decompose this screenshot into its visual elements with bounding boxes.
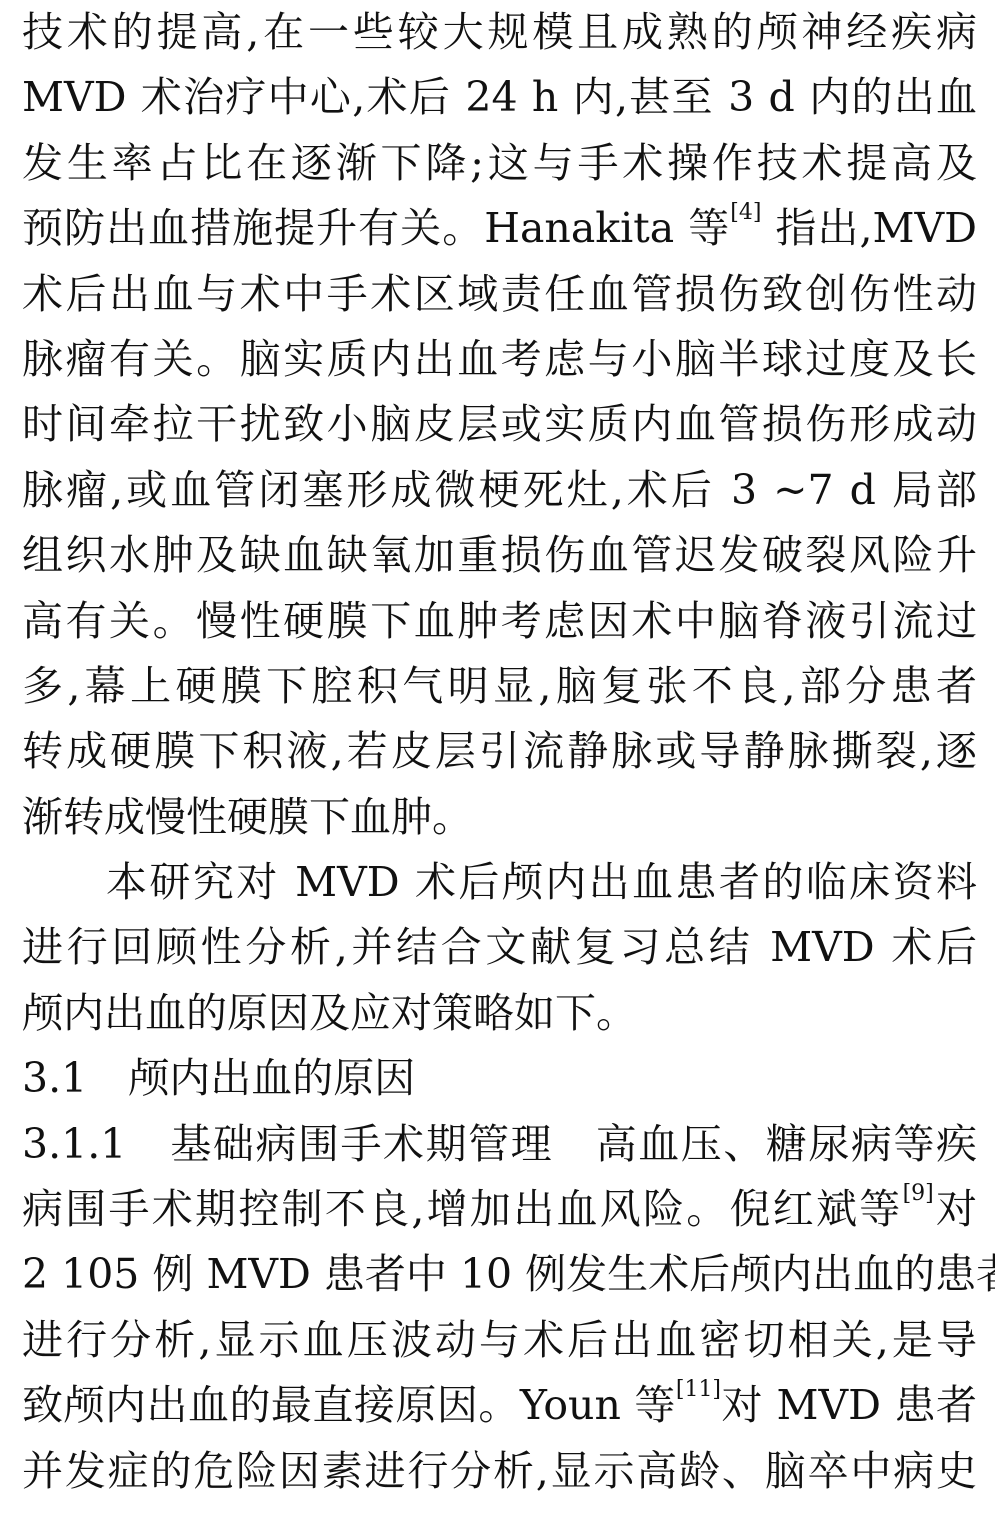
document-page: 技术的提高,在一些较大规模且成熟的颅神经疾病 MVD 术治疗中心,术后 24 h… (22, 0, 977, 1504)
paragraph-start-line: 本研究对 MVD 术后颅内出血患者的临床资料 (22, 850, 977, 915)
text-segment: 病围手术期控制不良,增加出血风险。倪红斌等 (22, 1185, 903, 1233)
text-line: 2 105 例 MVD 患者中 10 例发生术后颅内出血的患者 (22, 1242, 977, 1307)
section-heading: 3.1 颅内出血的原因 (22, 1046, 977, 1111)
text-line: MVD 术治疗中心,术后 24 h 内,甚至 3 d 内的出血 (22, 65, 977, 130)
citation-ref[interactable]: [11] (676, 1377, 721, 1402)
text-line: 组织水肿及缺血缺氧加重损伤血管迟发破裂风险升 (22, 523, 977, 588)
text-segment: 预防出血措施提升有关。Hanakita 等 (22, 204, 730, 252)
text-segment: 对 (934, 1185, 977, 1233)
text-line: 进行分析,显示血压波动与术后出血密切相关,是导 (22, 1308, 977, 1373)
text-line: 转成硬膜下积液,若皮层引流静脉或导静脉撕裂,逐 (22, 719, 977, 784)
text-line: 颅内出血的原因及应对策略如下。 (22, 981, 977, 1046)
text-line: 渐转成慢性硬膜下血肿。 (22, 785, 977, 850)
text-line: 高有关。慢性硬膜下血肿考虑因术中脑脊液引流过 (22, 589, 977, 654)
text-line: 致颅内出血的最直接原因。Youn 等[11]对 MVD 患者 (22, 1373, 977, 1438)
text-line: 技术的提高,在一些较大规模且成熟的颅神经疾病 (22, 0, 977, 65)
text-line: 进行回顾性分析,并结合文献复习总结 MVD 术后 (22, 915, 977, 980)
text-line: 脉瘤,或血管闭塞形成微梗死灶,术后 3 ~7 d 局部 (22, 458, 977, 523)
text-line: 时间牵拉干扰致小脑皮层或实质内血管损伤形成动 (22, 392, 977, 457)
text-line: 并发症的危险因素进行分析,显示高龄、脑卒中病史 (22, 1439, 977, 1504)
text-line: 术后出血与术中手术区域责任血管损伤致创伤性动 (22, 262, 977, 327)
subsection-heading-line: 3.1.1 基础病围手术期管理 高血压、糖尿病等疾 (22, 1112, 977, 1177)
text-line: 发生率占比在逐渐下降;这与手术操作技术提高及 (22, 131, 977, 196)
text-segment: 致颅内出血的最直接原因。Youn 等 (22, 1381, 676, 1429)
text-segment: 对 MVD 患者 (721, 1381, 977, 1429)
text-line: 脉瘤有关。脑实质内出血考虑与小脑半球过度及长 (22, 327, 977, 392)
citation-ref[interactable]: [9] (903, 1181, 934, 1206)
text-line: 多,幕上硬膜下腔积气明显,脑复张不良,部分患者 (22, 654, 977, 719)
citation-ref[interactable]: [4] (730, 200, 761, 225)
text-segment: 指出,MVD (761, 204, 977, 252)
text-line: 预防出血措施提升有关。Hanakita 等[4] 指出,MVD (22, 196, 977, 261)
text-line: 病围手术期控制不良,增加出血风险。倪红斌等[9]对 (22, 1177, 977, 1242)
